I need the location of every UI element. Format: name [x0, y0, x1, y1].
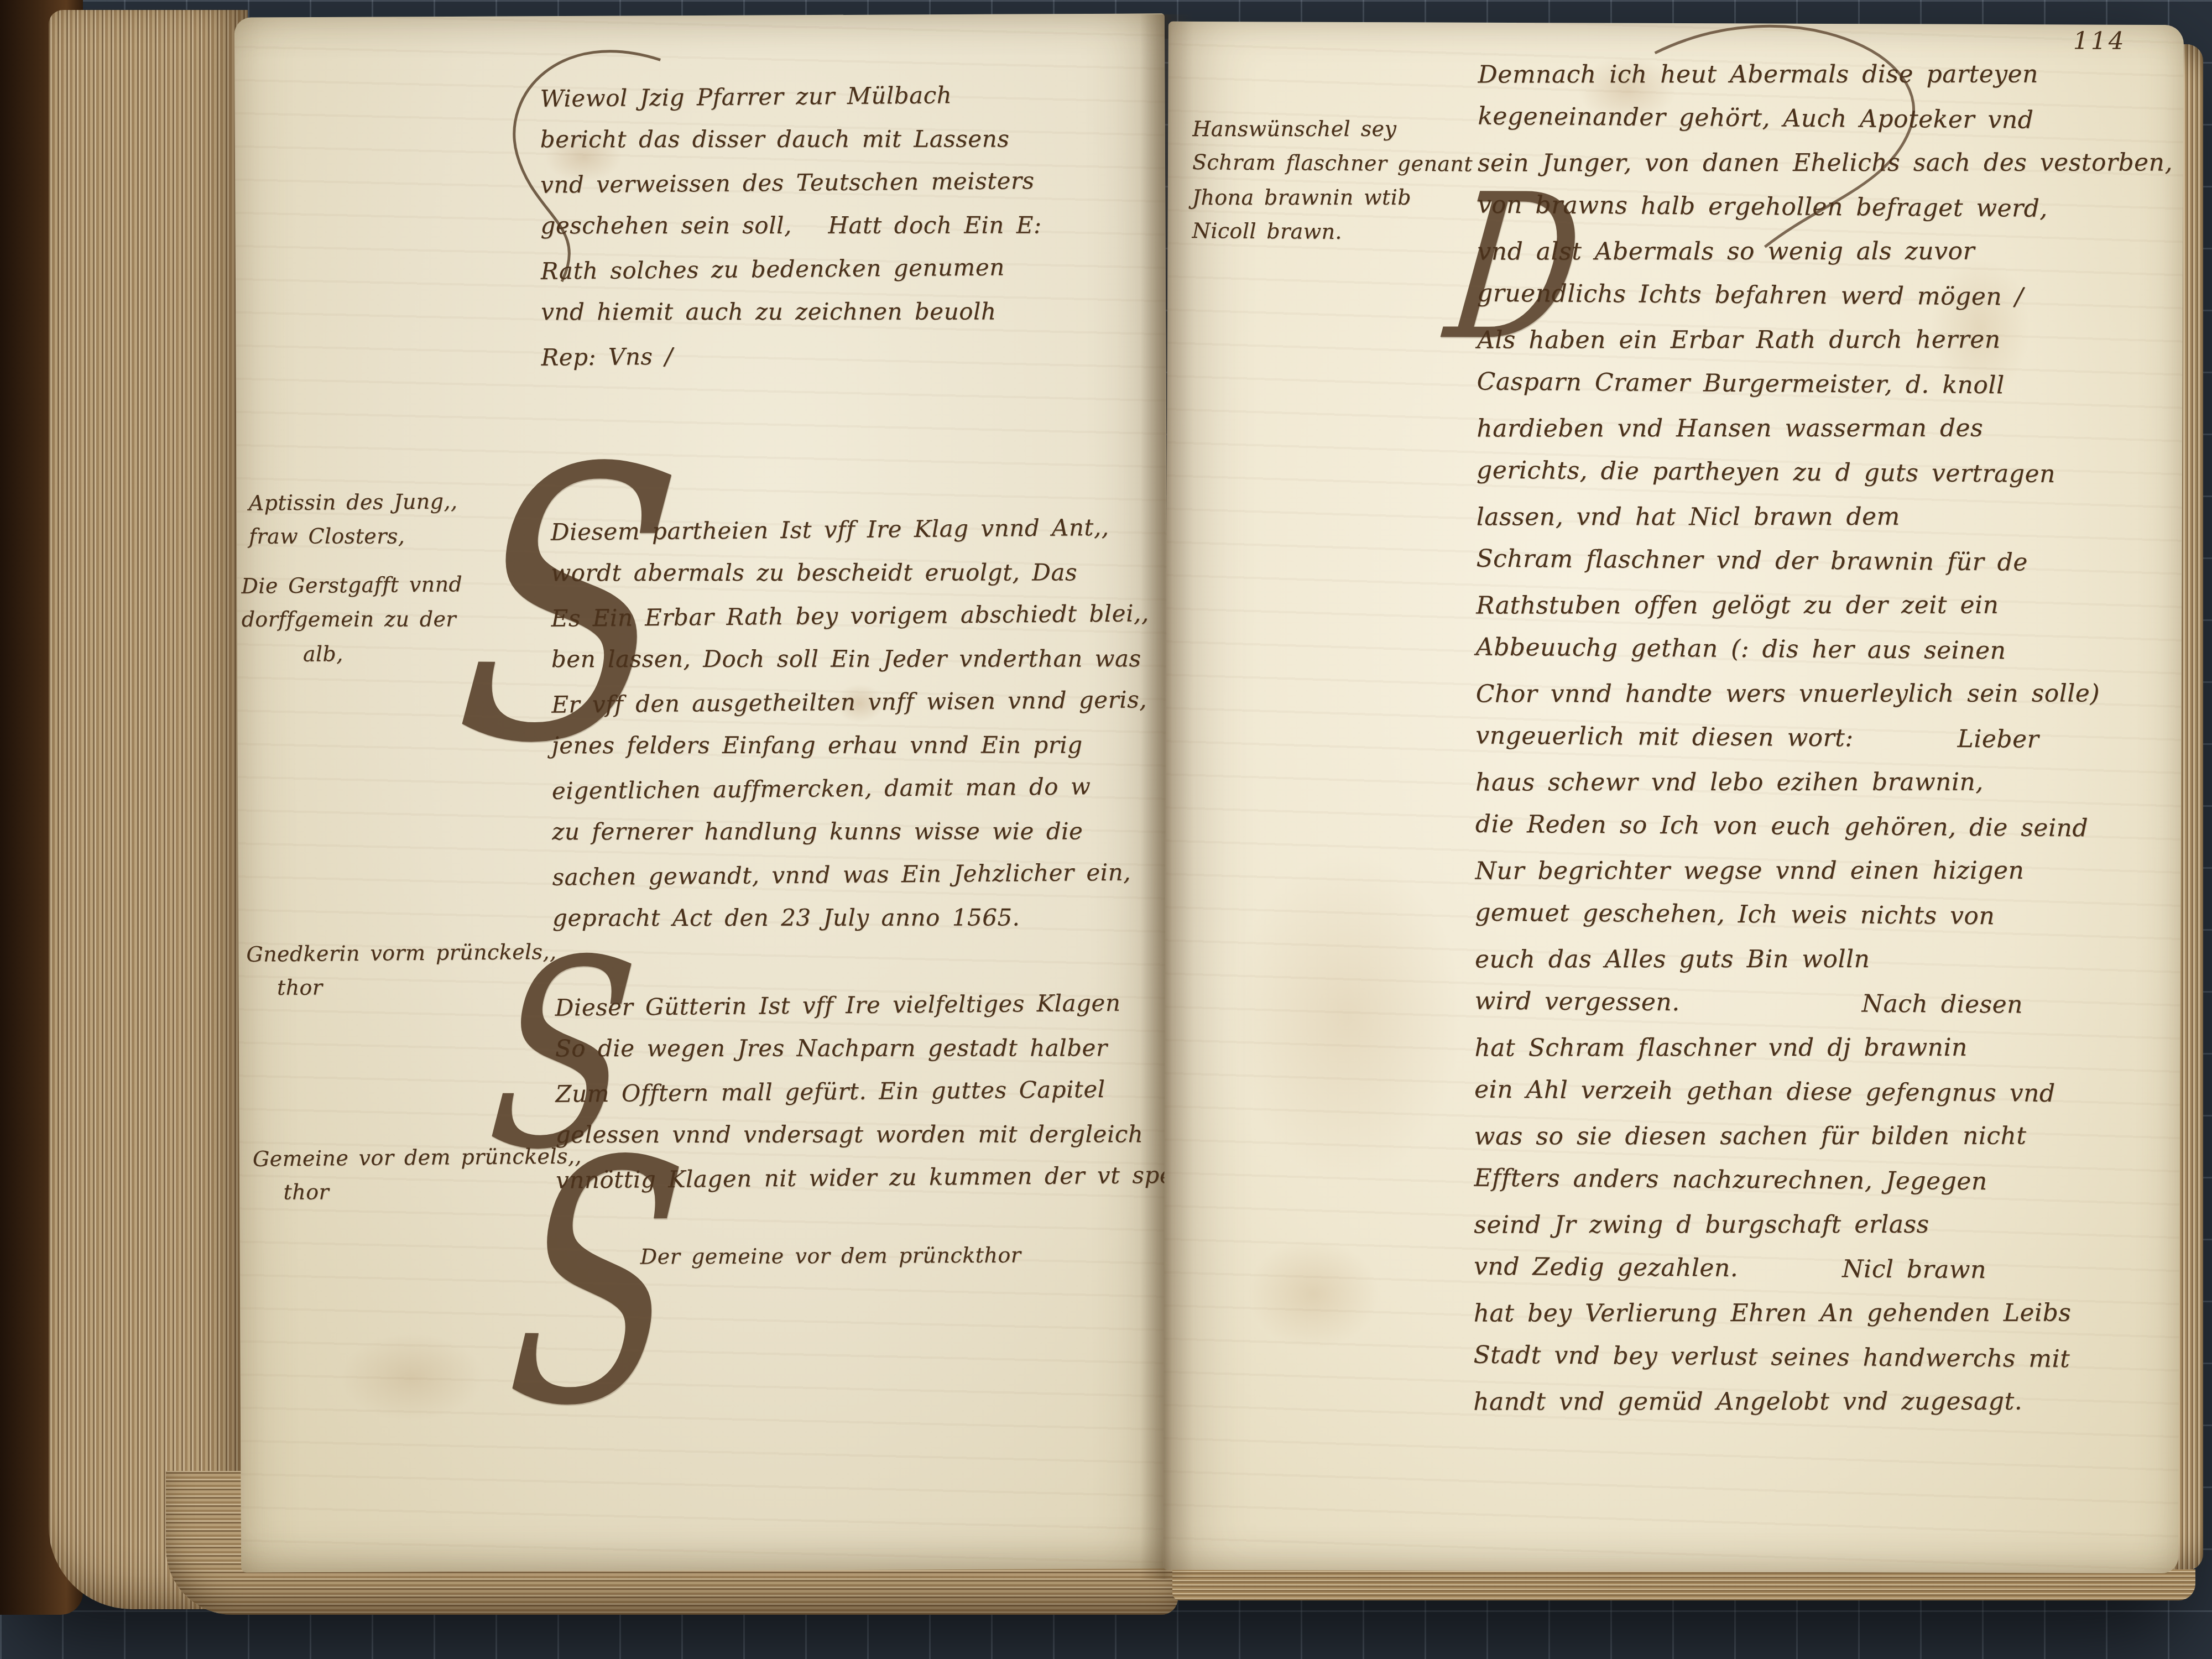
right-page-body-text: Demnach ich heut Abermals dise parteyenk… — [1473, 51, 2169, 1425]
manuscript-text-line: wordt abermals zu bescheidt eruolgt, Das — [551, 551, 1171, 594]
manuscript-text-line: gepracht Act den 23 July anno 1565. — [552, 896, 1171, 940]
left-page-final-line: Der gemeine vor dem prünckthor — [640, 1243, 1021, 1269]
manuscript-text-line: geschehen sein soll, Hatt doch Ein E: — [540, 204, 1171, 247]
manuscript-text-line: zu fernerer handlung kunns wisse wie die — [552, 810, 1171, 853]
manuscript-text-line: Nur begrichter wegse vnnd einen hizigen — [1475, 848, 2167, 893]
manuscript-text-line: hardieben vnd Hansen wasserman des — [1477, 406, 2168, 451]
manuscript-text-line: Abbeuuchg gethan (: dis her aus seinen — [1476, 625, 2168, 675]
manuscript-text-line: gemuet geschehen, Ich weis nichts von — [1475, 891, 2167, 940]
manuscript-text-line: Dieser Gütterin Ist vff Ire vielfeltige… — [555, 981, 1171, 1030]
manuscript-text-line: Wiewol Jzig Pfarrer zur Mülbach — [540, 72, 1171, 121]
manuscript-text-line: sachen gewandt, vnnd was Ein Jehzlicher … — [552, 851, 1171, 899]
manuscript-text-line: bericht das disser dauch mit Lassens — [540, 117, 1171, 161]
folio-page-number: 114 — [2073, 27, 2126, 55]
manuscript-text-line: Gemeine vor dem prünckels,, — [253, 1139, 535, 1176]
manuscript-text-line: Als haben ein Erbar Rath durch herren — [1477, 317, 2168, 362]
manuscript-text-line: vnd verweissen des Teutschen meisters — [540, 158, 1171, 207]
manuscript-text-line: vnd Zedig gezahlen. Nicl brawn — [1474, 1245, 2166, 1294]
manuscript-text-line: Schram flaschner genant — [1192, 145, 1480, 181]
left-margin-note-3: Gnedkerin vorm prünckels,, thor — [246, 935, 529, 1005]
manuscript-text-line: thor — [253, 1175, 535, 1209]
photo-of-open-manuscript-book: Wiewol Jzig Pfarrer zur Mülbachbericht … — [0, 0, 2212, 1659]
left-margin-note-4: Gemeine vor dem prünckels,, thor — [253, 1140, 535, 1209]
manuscript-text-line: seind Jr zwing d burgschaft erlass — [1474, 1202, 2165, 1247]
manuscript-text-line: kegeneinander gehört, Auch Apoteker vnd — [1478, 95, 2169, 144]
left-page-paragraph-1: Wiewol Jzig Pfarrer zur Mülbachbericht … — [540, 73, 1171, 378]
page-block-bottom-edge-right — [1172, 1569, 2195, 1600]
manuscript-text-line: vnd alst Abermals so wenig als zuvor — [1477, 229, 2168, 274]
left-manuscript-page: Wiewol Jzig Pfarrer zur Mülbachbericht … — [234, 13, 1171, 1572]
manuscript-text-line: Schram flaschner vnd der brawnin für de — [1476, 537, 2168, 586]
manuscript-text-line: Rath solches zu bedencken genumen — [541, 244, 1172, 293]
manuscript-text-line: sein Junger, von danen Ehelichs sach des… — [1478, 140, 2169, 185]
page-block-fore-edge-left — [49, 10, 248, 1609]
manuscript-text-line: Hanswünschel sey — [1192, 112, 1480, 146]
manuscript-text-line: wird vergessen. Nach diesen — [1474, 979, 2166, 1029]
manuscript-text-line: gruendlichs Ichts befahren werd mögen / — [1477, 272, 2169, 321]
manuscript-text-line: Demnach ich heut Abermals dise parteyen — [1478, 52, 2169, 97]
manuscript-text-line: Stadt vnd bey verlust seines handwerchs … — [1473, 1333, 2165, 1383]
manuscript-text-line: vngeuerlich mit diesen wort: Lieber — [1475, 714, 2167, 763]
manuscript-text-line: die Reden so Ich von euch gehören, die … — [1475, 802, 2167, 852]
manuscript-text-line: ben lassen, Doch soll Ein Jeder vndertha… — [551, 637, 1171, 681]
foxing-stain — [340, 1333, 484, 1422]
manuscript-text-line: lassen, vnd hat Nicl brawn dem — [1477, 494, 2168, 539]
right-margin-note: Hanswünschel seySchram flaschner genant… — [1192, 111, 1480, 249]
manuscript-text-line: gerichts, die partheyen zu d guts vertra… — [1477, 448, 2168, 498]
manuscript-text-line: was so sie diesen sachen für bilden nic… — [1474, 1114, 2166, 1159]
swash-initial-final-line: S — [499, 1118, 694, 1452]
right-manuscript-page: 114 Hanswünschel seySchram flaschner ge… — [1163, 22, 2184, 1573]
manuscript-text-line: von brawns halb ergehollen befraget werd… — [1477, 183, 2169, 232]
manuscript-text-line: Er vff den ausgetheilten vnff wisen vnnd… — [551, 678, 1171, 727]
manuscript-text-line: Es Ein Erbar Rath bey vorigem abschiedt … — [551, 592, 1171, 640]
manuscript-text-line: Rep: Vns / — [541, 331, 1171, 379]
manuscript-text-line: Gnedkerin vorm prünckels,, — [246, 935, 529, 971]
book-gutter-shadow — [1140, 14, 1193, 1579]
manuscript-text-line: Effters anders nachzurechnen, Jegegen — [1474, 1156, 2166, 1206]
manuscript-text-line: So die wegen Jres Nachparn gestadt halbe… — [555, 1026, 1171, 1070]
foxing-stain — [1231, 851, 1464, 1183]
manuscript-text-line: thor — [247, 970, 529, 1004]
manuscript-text-line: hat Schram flaschner vnd dj brawnin — [1474, 1025, 2166, 1070]
manuscript-text-line: Chor vnnd handte wers vnuerleylich sein … — [1476, 671, 2167, 716]
manuscript-text-line: hat bey Verlierung Ehren An gehenden Lei… — [1474, 1291, 2165, 1335]
manuscript-text-line: haus schewr vnd lebo ezihen brawnin, — [1475, 760, 2167, 805]
manuscript-text-line: Diesem partheien Ist vff Ire Klag vnnd A… — [551, 505, 1172, 554]
manuscript-text-line: handt vnd gemüd Angelobt vnd zugesagt. — [1473, 1379, 2164, 1424]
manuscript-text-line: ein Ahl verzeih gethan diese gefengnus v… — [1474, 1068, 2166, 1117]
manuscript-text-line: Casparn Cramer Burgermeister, d. knoll — [1477, 360, 2168, 409]
manuscript-text-line: eigentlichen auffmercken, damit man do w — [552, 764, 1171, 813]
manuscript-text-line: Rathstuben offen gelögt zu der zeit ein — [1476, 583, 2167, 628]
left-page-paragraph-2: Diesem partheien Ist vff Ire Klag vnnd A… — [551, 507, 1171, 941]
manuscript-text-line: jenes felders Einfang erhau vnnd Ein pri… — [552, 723, 1172, 767]
foxing-stain — [1247, 1238, 1380, 1349]
manuscript-text-line: Jhona brawnin wtib — [1192, 180, 1480, 215]
manuscript-text-line: Nicoll brawn. — [1192, 213, 1479, 250]
manuscript-text-line: euch das Alles guts Bin wolln — [1475, 937, 2166, 982]
manuscript-text-line: vnd hiemit auch zu zeichnen beuolh — [541, 290, 1171, 333]
